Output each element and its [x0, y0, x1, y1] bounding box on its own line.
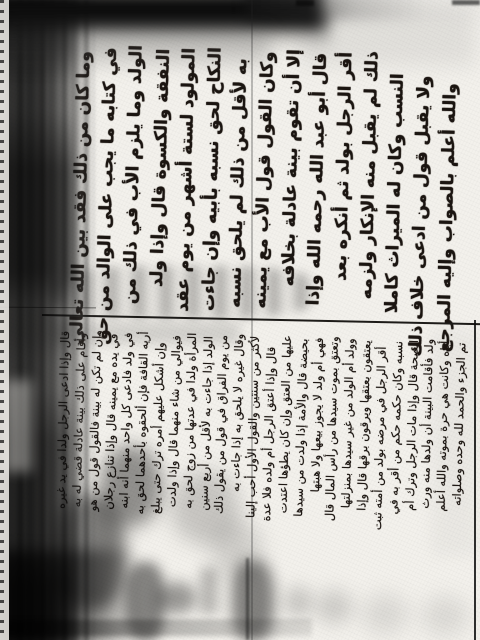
- top-center-mark: [296, 0, 314, 6]
- right-edge-line: [474, 320, 476, 640]
- lower-text-lines: قال وإذا ادعى الرجل ولدا في يد غيرهوأقام…: [52, 331, 470, 574]
- top-exposure-smear: [0, 0, 322, 28]
- bottom-smudge-blob: [232, 560, 274, 640]
- bottom-smudge-blob: [125, 562, 165, 640]
- bottom-smudge-blob: [362, 594, 408, 634]
- bottom-smudge-blob: [200, 568, 218, 614]
- top-right-corner-mark: [452, 0, 480, 5]
- bottom-smudge-blob: [316, 590, 352, 624]
- top-exposure-underfade: [0, 14, 330, 50]
- left-band-light-patch: [4, 380, 32, 472]
- bottom-smudge-blob: [422, 596, 468, 636]
- handwritten-line: والله أعلم بالصواب وإليه المرجع: [431, 53, 464, 320]
- left-edge-margin: [0, 0, 9, 640]
- upper-text-lines: وما كان من ذلك فقد بين الله تعالىفي كتاب…: [65, 45, 466, 321]
- lower-text-block: قال وإذا ادعى الرجل ولدا في يد غيرهوأقام…: [55, 336, 467, 568]
- bottom-smudge-blob: [284, 586, 312, 618]
- top-exposure-fade: [246, 0, 480, 20]
- bottom-streak-marks: [0, 620, 312, 636]
- manuscript-scan-page: وما كان من ذلك فقد بين الله تعالىفي كتاب…: [0, 0, 480, 640]
- fold-line-dark-segment: [246, 558, 249, 640]
- film-edge-ticks: [0, 0, 4, 640]
- upper-text-block: وما كان من ذلك فقد بين الله تعالىفي كتاب…: [68, 50, 462, 316]
- bottom-smudge-blob: [158, 582, 196, 614]
